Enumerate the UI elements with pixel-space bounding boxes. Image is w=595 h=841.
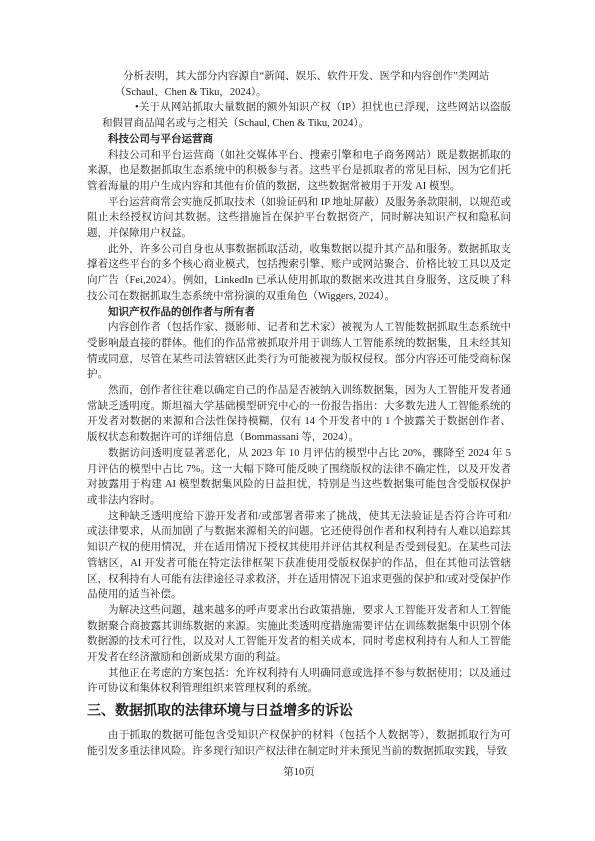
subheading: 科技公司与平台运营商 (87, 132, 511, 148)
section-heading: 三、数据抓取的法律环境与日益增多的诉讼 (87, 702, 511, 722)
paragraph: 内容创作者（包括作家、摄影师、记者和艺术家）被视为人工智能数据抓取生态系统中受影… (87, 320, 511, 383)
page-content: 分析表明，其大部分内容源自“新闻、娱乐、软件开发、医学和内容创作”类网站（Sch… (87, 69, 511, 760)
paragraph: 数据访问透明度显著恶化，从 2023 年 10 月评估的模型中占比 20%，骤降… (87, 446, 511, 509)
paragraph: 平台运营商常会实施反抓取技术（如验证码和 IP 地址屏蔽）及服务条款限制，以规范… (87, 195, 511, 242)
subheading: 知识产权作品的创作者与所有者 (87, 305, 511, 321)
paragraph: 然而，创作者往往难以确定自己的作品是否被纳入训练数据集，因为人工智能开发者通常缺… (87, 383, 511, 446)
paragraph: 由于抓取的数据可能包含受知识产权保护的材料（包括个人数据等），数据抓取行为可能引… (87, 728, 511, 759)
paragraph: 科技公司和平台运营商（如社交媒体平台、搜索引擎和电子商务网站）既是数据抓取的来源… (87, 148, 511, 195)
continuation-line: （Schaul、Chen & Tiku，2024）。 (87, 85, 511, 101)
continuation-line: 分析表明，其大部分内容源自“新闻、娱乐、软件开发、医学和内容创作”类网站 (87, 69, 511, 85)
paragraph: 其他正在考虑的方案包括：允许权利持有人明确同意或选择不参与数据使用；以及通过许可… (87, 666, 511, 697)
paragraph: 此外，许多公司自身也从事数据抓取活动，收集数据以提升其产品和服务。数据抓取支撑着… (87, 242, 511, 305)
paragraph: 为解决这些问题，越来越多的呼声要求出台政策措施，要求人工智能开发者和人工智能数据… (87, 603, 511, 666)
paragraph: 这种缺乏透明度给下游开发者和/或部署者带来了挑战，使其无法验证是否符合许可和/或… (87, 509, 511, 603)
page-number: 第10页 (87, 765, 511, 781)
document-page: 分析表明，其大部分内容源自“新闻、娱乐、软件开发、医学和内容创作”类网站（Sch… (0, 0, 595, 841)
bullet-list-item: •关于从网站抓取大量数据的额外知识产权（IP）担忧也已浮现，这些网站以盗版和假冒… (87, 100, 511, 131)
